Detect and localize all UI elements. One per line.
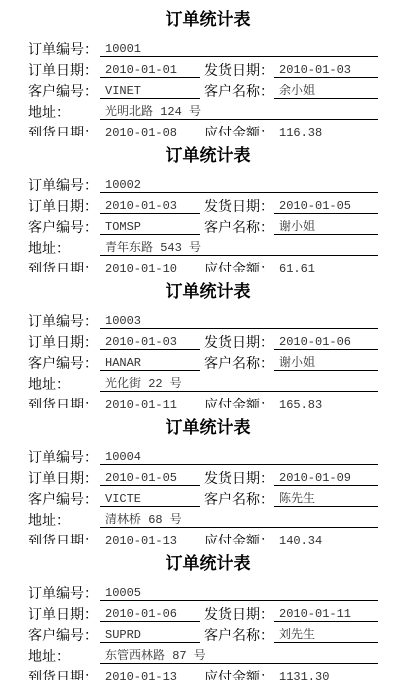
order-section: 订单统计表 订单编号： 10003 订单日期： 2010-01-03 发货日期：… bbox=[0, 272, 416, 408]
address-label: 地址： bbox=[28, 513, 70, 528]
address-value: 青年东路 543 号 bbox=[100, 241, 378, 256]
order-date-label: 订单日期： bbox=[28, 63, 98, 78]
order-section: 订单统计表 订单编号： 10001 订单日期： 2010-01-01 发货日期：… bbox=[0, 0, 416, 136]
customer-no-label: 客户编号： bbox=[28, 492, 98, 507]
amount-due-value: 1131.30 bbox=[274, 670, 378, 680]
order-no-value: 10002 bbox=[100, 178, 378, 193]
dates-row: 订单日期： 2010-01-03 发货日期： 2010-01-06 bbox=[28, 335, 380, 350]
address-value: 光明北路 124 号 bbox=[100, 105, 378, 120]
order-no-row: 订单编号： 10004 bbox=[28, 450, 380, 465]
order-date-value: 2010-01-01 bbox=[100, 63, 200, 78]
ship-date-label: 发货日期： bbox=[204, 199, 274, 214]
dates-row: 订单日期： 2010-01-03 发货日期： 2010-01-05 bbox=[28, 199, 380, 214]
customer-no-label: 客户编号： bbox=[28, 220, 98, 235]
customer-name-value: 谢小姐 bbox=[274, 220, 378, 235]
customer-name-value: 陈先生 bbox=[274, 492, 378, 507]
customer-row: 客户编号： HANAR 客户名称： 谢小姐 bbox=[28, 356, 380, 371]
ship-date-label: 发货日期： bbox=[204, 471, 274, 486]
report-title: 订单统计表 bbox=[0, 10, 416, 30]
customer-name-label: 客户名称： bbox=[204, 84, 274, 99]
arrival-amount-row: 到货日期： 2010-01-13 应付金额： 1131.30 bbox=[28, 670, 380, 680]
ship-date-label: 发货日期： bbox=[204, 335, 274, 350]
customer-name-value: 余小姐 bbox=[274, 84, 378, 99]
dates-row: 订单日期： 2010-01-05 发货日期： 2010-01-09 bbox=[28, 471, 380, 486]
order-no-label: 订单编号： bbox=[28, 42, 98, 57]
address-row: 地址： 东管西林路 87 号 bbox=[28, 649, 380, 664]
address-row: 地址： 清林桥 68 号 bbox=[28, 513, 380, 528]
order-no-row: 订单编号： 10005 bbox=[28, 586, 380, 601]
order-no-value: 10001 bbox=[100, 42, 378, 57]
address-value: 光化街 22 号 bbox=[100, 377, 378, 392]
order-no-row: 订单编号： 10001 bbox=[28, 42, 380, 57]
order-no-value: 10003 bbox=[100, 314, 378, 329]
customer-name-label: 客户名称： bbox=[204, 628, 274, 643]
customer-no-label: 客户编号： bbox=[28, 356, 98, 371]
order-date-value: 2010-01-03 bbox=[100, 199, 200, 214]
address-label: 地址： bbox=[28, 649, 70, 664]
order-date-value: 2010-01-03 bbox=[100, 335, 200, 350]
customer-no-value: TOMSP bbox=[100, 220, 200, 235]
order-no-row: 订单编号： 10003 bbox=[28, 314, 380, 329]
address-value: 清林桥 68 号 bbox=[100, 513, 378, 528]
report-title: 订单统计表 bbox=[0, 554, 416, 574]
address-label: 地址： bbox=[28, 105, 70, 120]
customer-no-value: SUPRD bbox=[100, 628, 200, 643]
customer-name-value: 谢小姐 bbox=[274, 356, 378, 371]
address-row: 地址： 光化街 22 号 bbox=[28, 377, 380, 392]
ship-date-value: 2010-01-03 bbox=[274, 63, 378, 78]
order-date-label: 订单日期： bbox=[28, 199, 98, 214]
report-title: 订单统计表 bbox=[0, 146, 416, 166]
address-row: 地址： 光明北路 124 号 bbox=[28, 105, 380, 120]
order-date-label: 订单日期： bbox=[28, 471, 98, 486]
order-date-value: 2010-01-05 bbox=[100, 471, 200, 486]
address-label: 地址： bbox=[28, 241, 70, 256]
order-section: 订单统计表 订单编号： 10005 订单日期： 2010-01-06 发货日期：… bbox=[0, 544, 416, 680]
order-section: 订单统计表 订单编号： 10004 订单日期： 2010-01-05 发货日期：… bbox=[0, 408, 416, 544]
customer-name-label: 客户名称： bbox=[204, 356, 274, 371]
order-date-label: 订单日期： bbox=[28, 607, 98, 622]
customer-row: 客户编号： VINET 客户名称： 余小姐 bbox=[28, 84, 380, 99]
order-date-label: 订单日期： bbox=[28, 335, 98, 350]
order-no-label: 订单编号： bbox=[28, 314, 98, 329]
order-no-value: 10005 bbox=[100, 586, 378, 601]
customer-no-value: VICTE bbox=[100, 492, 200, 507]
ship-date-value: 2010-01-11 bbox=[274, 607, 378, 622]
dates-row: 订单日期： 2010-01-01 发货日期： 2010-01-03 bbox=[28, 63, 380, 78]
order-date-value: 2010-01-06 bbox=[100, 607, 200, 622]
address-row: 地址： 青年东路 543 号 bbox=[28, 241, 380, 256]
arrival-date-label: 到货日期： bbox=[28, 670, 98, 680]
customer-no-label: 客户编号： bbox=[28, 84, 98, 99]
ship-date-value: 2010-01-09 bbox=[274, 471, 378, 486]
order-no-label: 订单编号： bbox=[28, 586, 98, 601]
order-no-row: 订单编号： 10002 bbox=[28, 178, 380, 193]
ship-date-value: 2010-01-06 bbox=[274, 335, 378, 350]
report-title: 订单统计表 bbox=[0, 418, 416, 438]
report-title: 订单统计表 bbox=[0, 282, 416, 302]
address-value: 东管西林路 87 号 bbox=[100, 649, 378, 664]
customer-name-label: 客户名称： bbox=[204, 220, 274, 235]
customer-row: 客户编号： SUPRD 客户名称： 刘先生 bbox=[28, 628, 380, 643]
arrival-date-value: 2010-01-13 bbox=[100, 670, 200, 680]
amount-due-label: 应付金额： bbox=[204, 670, 274, 680]
customer-no-value: HANAR bbox=[100, 356, 200, 371]
ship-date-label: 发货日期： bbox=[204, 607, 274, 622]
order-no-label: 订单编号： bbox=[28, 450, 98, 465]
address-label: 地址： bbox=[28, 377, 70, 392]
order-section: 订单统计表 订单编号： 10002 订单日期： 2010-01-03 发货日期：… bbox=[0, 136, 416, 272]
ship-date-label: 发货日期： bbox=[204, 63, 274, 78]
order-no-label: 订单编号： bbox=[28, 178, 98, 193]
customer-no-value: VINET bbox=[100, 84, 200, 99]
customer-row: 客户编号： VICTE 客户名称： 陈先生 bbox=[28, 492, 380, 507]
customer-row: 客户编号： TOMSP 客户名称： 谢小姐 bbox=[28, 220, 380, 235]
customer-name-label: 客户名称： bbox=[204, 492, 274, 507]
customer-name-value: 刘先生 bbox=[274, 628, 378, 643]
order-no-value: 10004 bbox=[100, 450, 378, 465]
dates-row: 订单日期： 2010-01-06 发货日期： 2010-01-11 bbox=[28, 607, 380, 622]
customer-no-label: 客户编号： bbox=[28, 628, 98, 643]
ship-date-value: 2010-01-05 bbox=[274, 199, 378, 214]
order-report-page: { "report_title": "订单统计表", "labels": { "… bbox=[0, 0, 416, 680]
